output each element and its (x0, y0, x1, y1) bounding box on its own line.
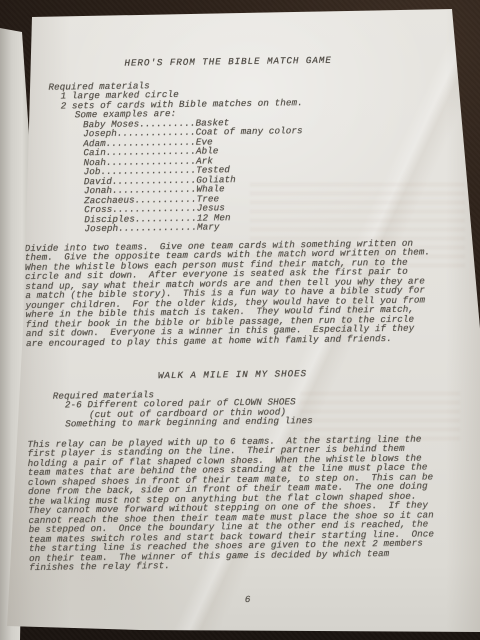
document-page: HERO'S FROM THE BIBLE MATCH GAME Require… (0, 0, 480, 640)
materials-block: Required materials 2-6 Different colored… (27, 385, 463, 429)
typed-content: HERO'S FROM THE BIBLE MATCH GAME Require… (22, 54, 466, 607)
photo-background: HERO'S FROM THE BIBLE MATCH GAME Require… (0, 0, 480, 640)
game-2-title: WALK A MILE IN MY SHOES (14, 367, 450, 383)
game-1-section: HERO'S FROM THE BIBLE MATCH GAME Require… (22, 54, 462, 348)
game-1-description: Divide into two teams. Give one team car… (25, 237, 462, 348)
game-2-description: This relay can be played with up to 6 te… (27, 433, 465, 572)
game-1-title: HERO'S FROM THE BIBLE MATCH GAME (10, 54, 446, 70)
match-list: Baby Moses..........Basket Joseph.......… (23, 114, 461, 234)
game-2-section: WALK A MILE IN MY SHOES Required materia… (26, 367, 465, 573)
page-number: 6 (30, 591, 466, 607)
